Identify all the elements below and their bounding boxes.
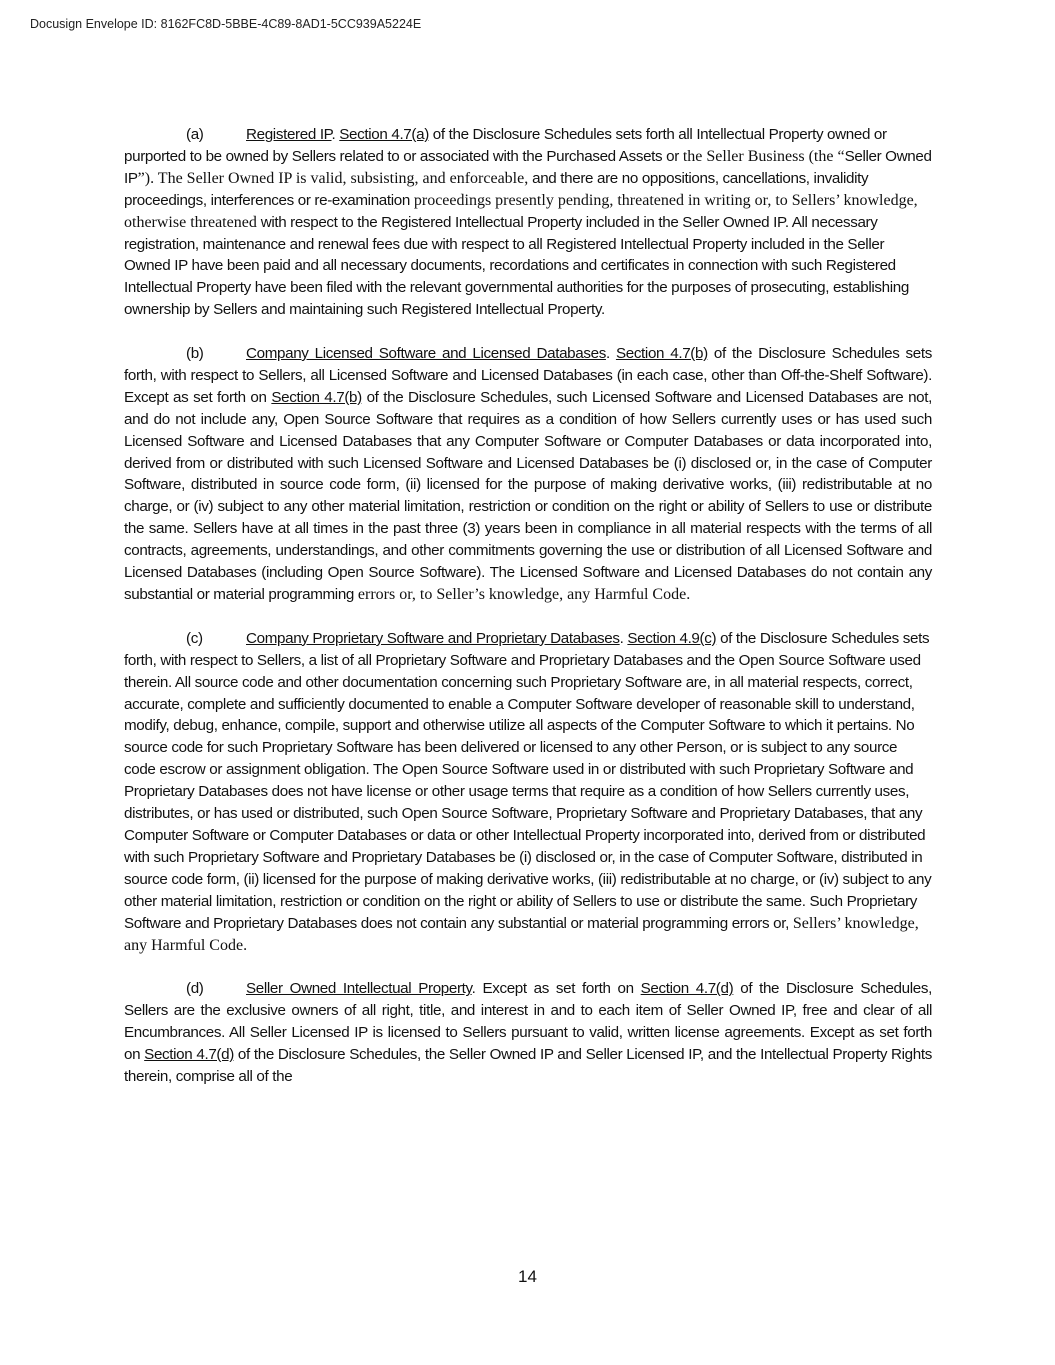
section-reference: Section 4.7(a) bbox=[339, 126, 429, 143]
page-number: 14 bbox=[0, 1267, 1055, 1287]
section-label: (b) bbox=[186, 343, 246, 365]
section-heading: Registered IP bbox=[246, 126, 332, 143]
section-heading: Company Licensed Software and Licensed D… bbox=[246, 345, 606, 362]
section-label: (c) bbox=[186, 628, 246, 650]
section-reference: Section 4.9(c) bbox=[627, 630, 716, 647]
section-a: (a)Registered IP. Section 4.7(a) of the … bbox=[124, 124, 932, 321]
section-reference: Section 4.7(b) bbox=[271, 389, 362, 406]
section-heading: Company Proprietary Software and Proprie… bbox=[246, 630, 620, 647]
section-reference: Section 4.7(b) bbox=[616, 345, 708, 362]
section-c: (c)Company Proprietary Software and Prop… bbox=[124, 628, 932, 957]
section-reference: Section 4.7(d) bbox=[144, 1046, 234, 1063]
section-d: (d)Seller Owned Intellectual Property. E… bbox=[124, 978, 932, 1088]
section-heading: Seller Owned Intellectual Property bbox=[246, 980, 472, 997]
section-label: (d) bbox=[186, 978, 246, 1000]
document-body: (a)Registered IP. Section 4.7(a) of the … bbox=[124, 124, 932, 1110]
section-reference: Section 4.7(d) bbox=[641, 980, 734, 997]
section-label: (a) bbox=[186, 124, 246, 146]
section-b: (b)Company Licensed Software and License… bbox=[124, 343, 932, 606]
docusign-envelope-id: Docusign Envelope ID: 8162FC8D-5BBE-4C89… bbox=[30, 17, 421, 31]
